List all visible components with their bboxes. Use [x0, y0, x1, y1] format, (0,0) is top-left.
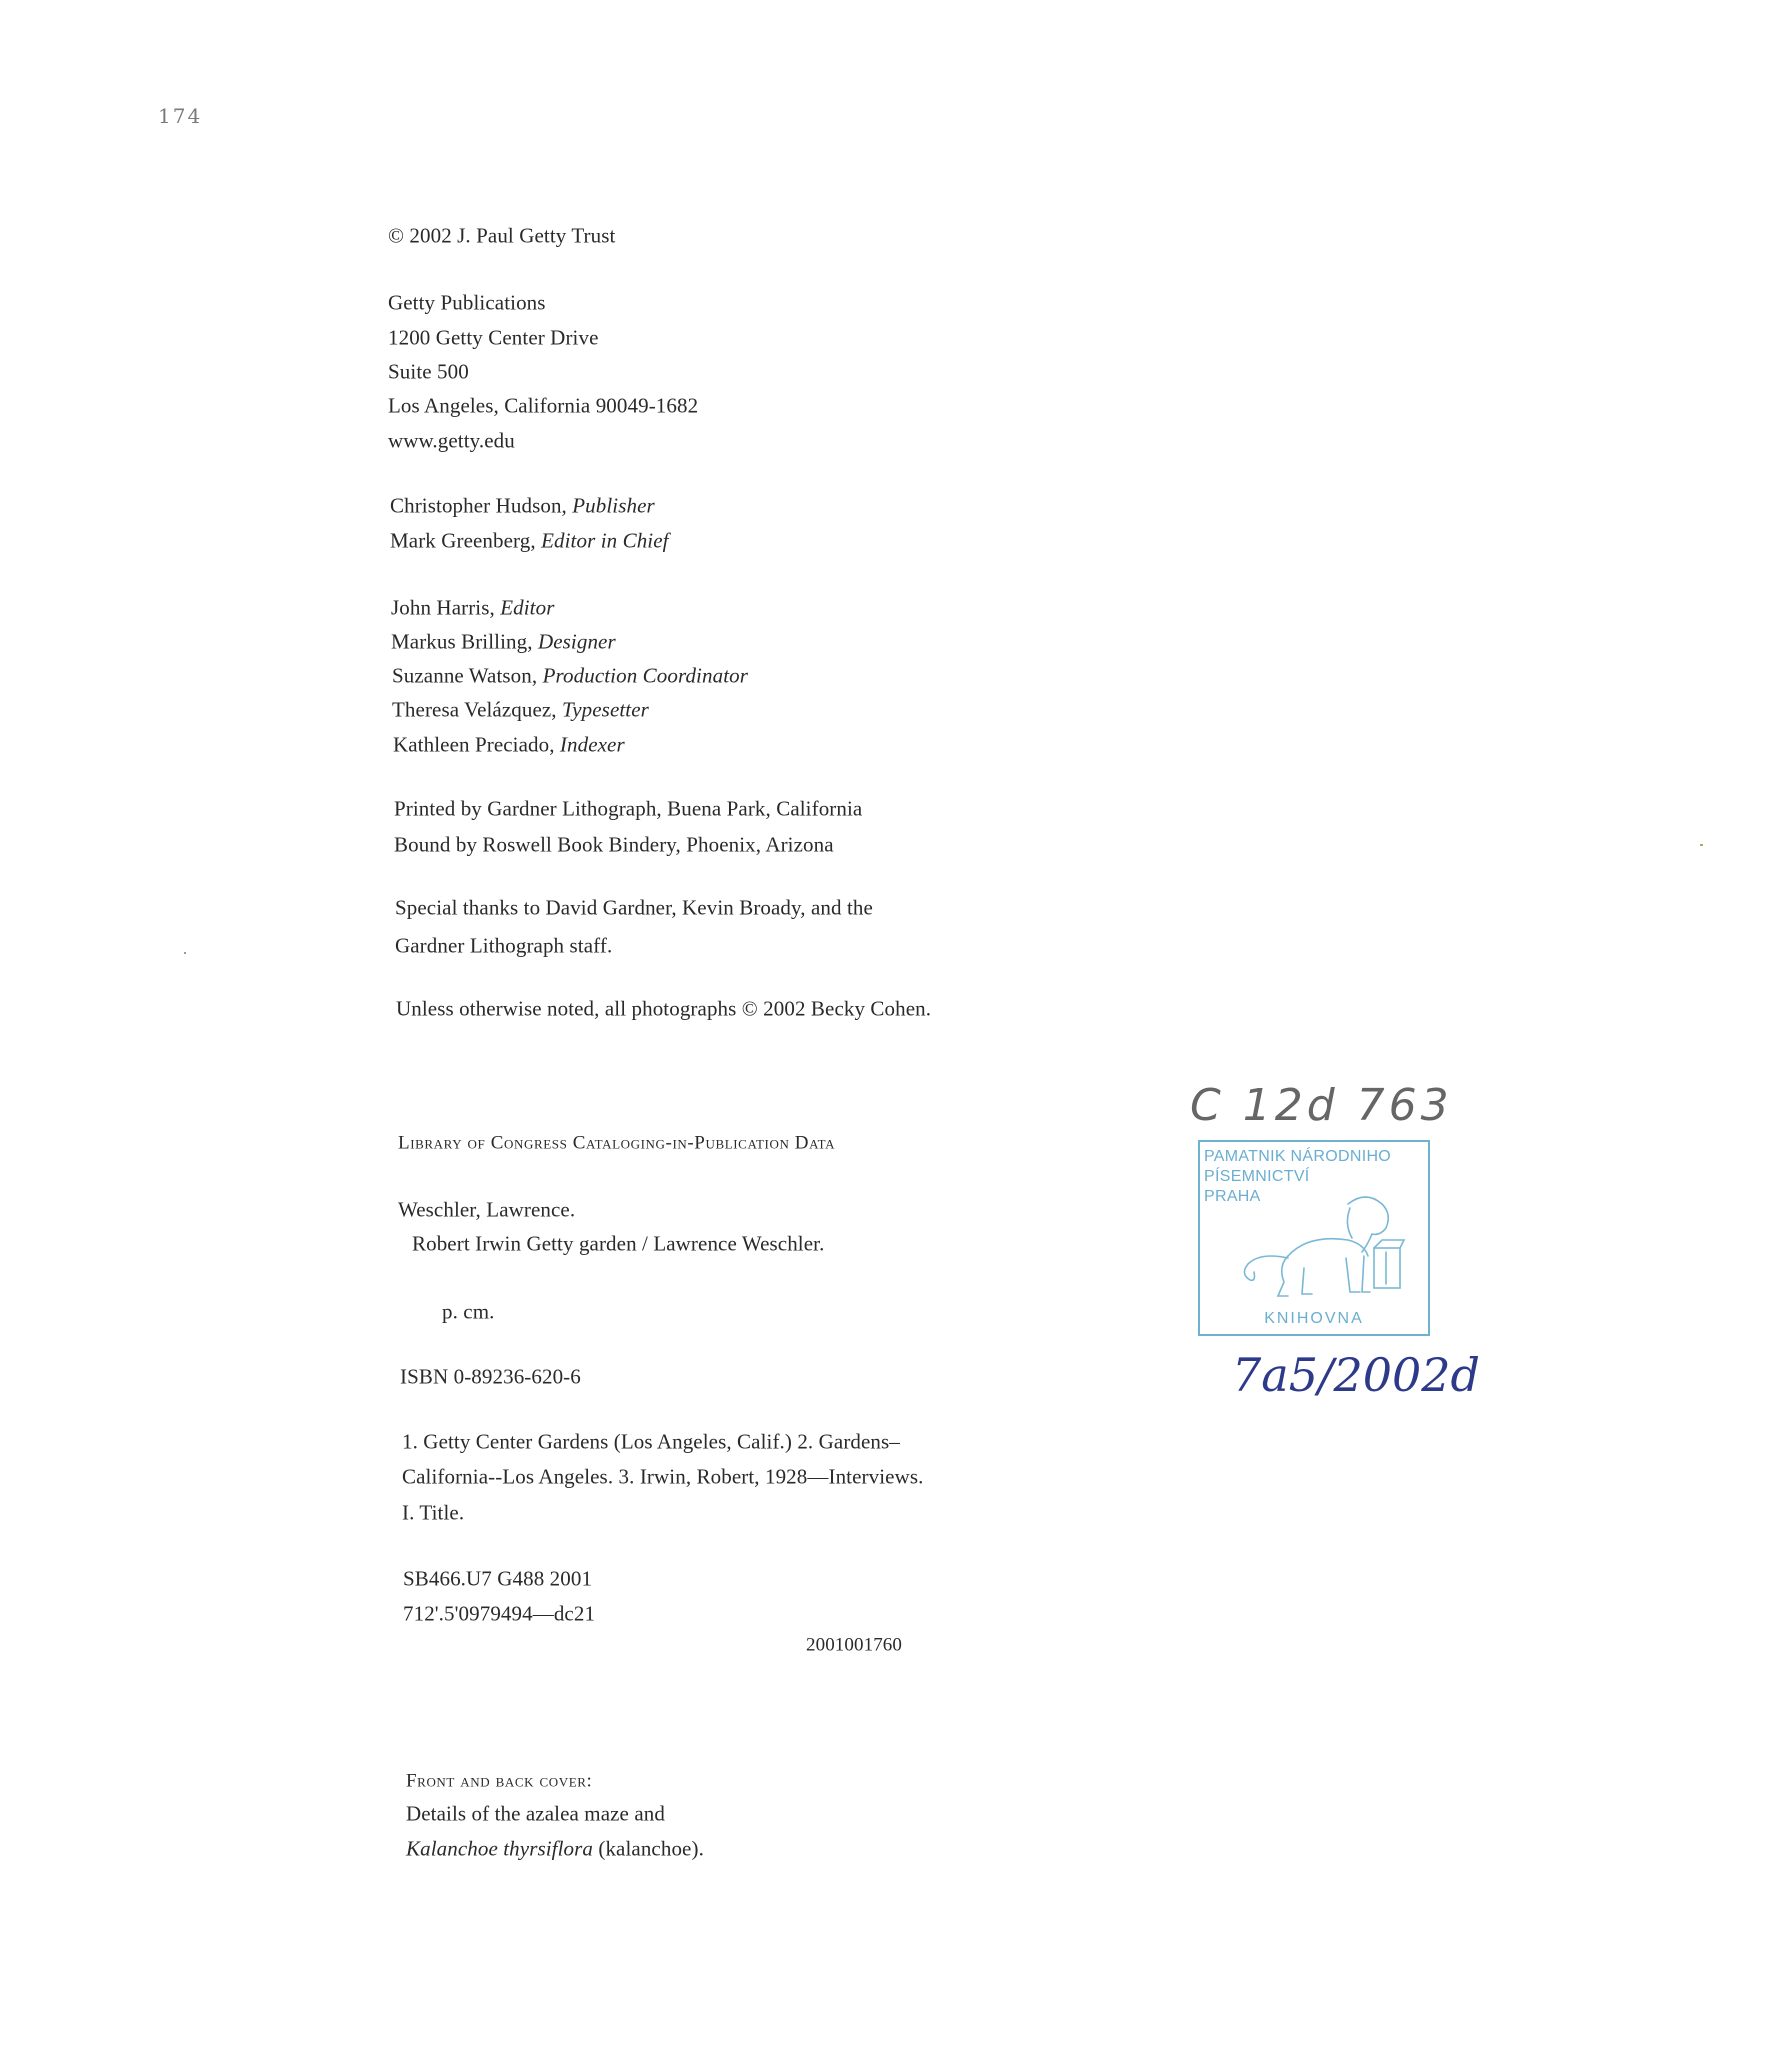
cover-line: Details of the azalea maze and — [406, 1804, 665, 1825]
cip-lc-class: SB466.U7 G488 2001 — [403, 1569, 592, 1590]
cip-subject: I. Title. — [402, 1503, 464, 1524]
stamp-line: PÍSEMNICTVÍ — [1204, 1168, 1310, 1186]
printer-line: Printed by Gardner Lithograph, Buena Par… — [394, 799, 862, 820]
credit-name: Kathleen Preciado, — [393, 733, 560, 757]
address-line: 1200 Getty Center Drive — [388, 328, 599, 349]
credit-name: Christopher Hudson, — [390, 494, 572, 518]
cip-isbn: ISBN 0-89236-620-6 — [400, 1367, 581, 1388]
stamp-bottom-label: KNIHOVNA — [1200, 1310, 1428, 1328]
library-stamp: PAMATNIK NÁRODNIHO PÍSEMNICTVÍ PRAHA KNI… — [1198, 1140, 1430, 1336]
credit-line: Christopher Hudson, Publisher — [390, 496, 655, 517]
credit-line: Mark Greenberg, Editor in Chief — [390, 531, 669, 552]
cover-heading: Front and back cover: — [406, 1772, 592, 1791]
credit-name: Suzanne Watson, — [392, 664, 543, 688]
cip-dewey: 712'.5'0979494—dc21 — [403, 1604, 595, 1625]
cip-heading: Library of Congress Cataloging-in-Public… — [398, 1134, 835, 1153]
address-line: Getty Publications — [388, 293, 546, 314]
credit-role: Editor in Chief — [541, 529, 669, 553]
credit-role: Production Coordinator — [543, 664, 748, 688]
website-line: www.getty.edu — [388, 431, 515, 452]
thanks-line: Special thanks to David Gardner, Kevin B… — [395, 898, 873, 919]
credit-role: Designer — [538, 630, 616, 654]
credit-role: Indexer — [560, 733, 625, 757]
address-line: Los Angeles, California 90049-1682 — [388, 396, 698, 417]
cip-subject: California--Los Angeles. 3. Irwin, Rober… — [402, 1467, 923, 1488]
handwritten-shelf-mark: C 12d 763 — [1190, 1080, 1453, 1131]
species-name: Kalanchoe thyrsiflora — [406, 1837, 593, 1861]
credit-role: Typesetter — [562, 698, 649, 722]
credit-name: Theresa Velázquez, — [392, 698, 562, 722]
credit-line: Kathleen Preciado, Indexer — [393, 735, 625, 756]
binder-line: Bound by Roswell Book Bindery, Phoenix, … — [394, 835, 834, 856]
thanks-line: Gardner Lithograph staff. — [395, 936, 612, 957]
credit-role: Editor — [500, 596, 554, 620]
cip-author: Weschler, Lawrence. — [398, 1200, 575, 1221]
credit-name: Mark Greenberg, — [390, 529, 541, 553]
credit-name: Markus Brilling, — [391, 630, 538, 654]
credit-line: Suzanne Watson, Production Coordinator — [392, 666, 748, 687]
cip-lccn: 2001001760 — [806, 1636, 902, 1655]
scan-artifact — [184, 952, 186, 954]
address-line: Suite 500 — [388, 362, 469, 383]
photo-credit: Unless otherwise noted, all photographs … — [396, 999, 931, 1020]
credit-line: Markus Brilling, Designer — [391, 632, 616, 653]
credit-name: John Harris, — [391, 596, 500, 620]
copyright-line: © 2002 J. Paul Getty Trust — [388, 226, 615, 247]
credit-line: Theresa Velázquez, Typesetter — [392, 700, 649, 721]
cip-physical: p. cm. — [442, 1302, 495, 1323]
credit-role: Publisher — [572, 494, 655, 518]
common-name: (kalanchoe). — [593, 1837, 704, 1861]
credit-line: John Harris, Editor — [391, 598, 554, 619]
page-number: 174 — [158, 104, 202, 128]
cip-subject: 1. Getty Center Gardens (Los Angeles, Ca… — [402, 1432, 900, 1453]
scan-artifact — [1700, 844, 1703, 846]
stamp-line: PAMATNIK NÁRODNIHO — [1204, 1148, 1391, 1166]
lion-emblem-icon — [1228, 1186, 1418, 1306]
cip-title: Robert Irwin Getty garden / Lawrence Wes… — [412, 1234, 824, 1255]
handwritten-accession-number: 7a5/2002d — [1232, 1348, 1480, 1402]
cover-line: Kalanchoe thyrsiflora (kalanchoe). — [406, 1839, 704, 1860]
